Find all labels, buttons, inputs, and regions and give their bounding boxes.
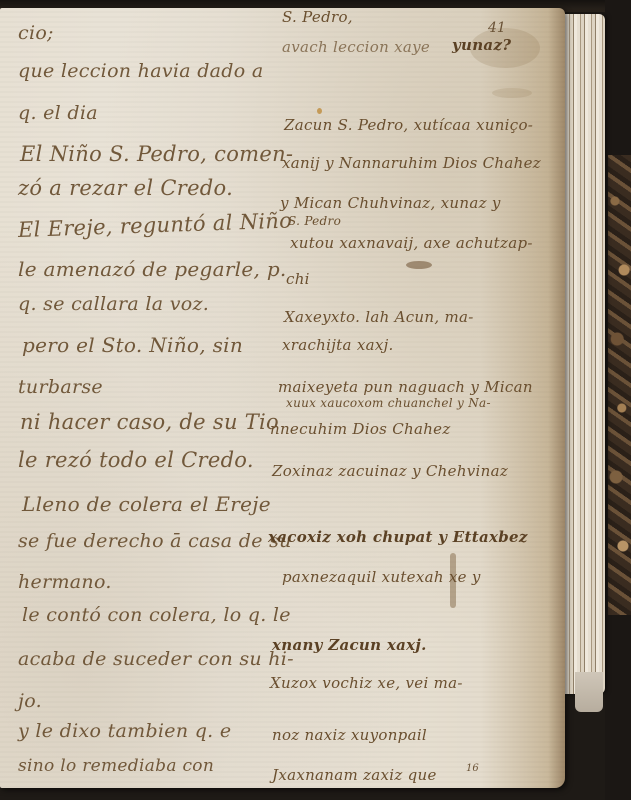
manuscript-line: S. Pedro <box>288 214 341 228</box>
marbled-cover-board <box>608 155 631 615</box>
manuscript-line: Zacun S. Pedro, xutícaa xuniço- <box>284 116 533 134</box>
manuscript-page: 41 16 cio; que leccion havia dado a q. e… <box>0 8 565 788</box>
manuscript-line: xnany Zacun xaxj. <box>272 636 427 654</box>
manuscript-line: le amenazó de pegarle, p. <box>18 257 287 281</box>
manuscript-line: q. se callara la voz. <box>18 293 209 315</box>
folio-number: 41 <box>488 20 506 36</box>
paper-stain <box>406 261 432 269</box>
manuscript-line: cio; <box>18 22 54 44</box>
paper-stain <box>492 88 532 98</box>
manuscript-line: Lleno de colera el Ereje <box>22 492 271 516</box>
manuscript-line: q. el dia <box>18 102 98 124</box>
bottom-mark: 16 <box>466 763 479 774</box>
manuscript-line: xrachijta xaxj. <box>282 336 394 354</box>
manuscript-line: noz naxiz xuyonpail <box>272 726 427 744</box>
wax-spot <box>317 108 322 114</box>
manuscript-line: acaba de suceder con su hi- <box>18 648 294 670</box>
manuscript-line: y le dixo tambien q. e <box>18 720 231 742</box>
manuscript-line: ni hacer caso, de su Tio <box>20 410 279 434</box>
manuscript-line: turbarse <box>18 376 103 398</box>
manuscript-line: nnecuhim Dios Chahez <box>270 420 451 438</box>
manuscript-line: paxnezaquil xutexah xe y <box>282 568 481 586</box>
manuscript-line: xacoxiz xoh chupat y Ettaxbez <box>268 528 528 546</box>
manuscript-line: xutou xaxnavaij, axe achutzap- <box>290 234 533 252</box>
manuscript-line: Xaxeyxto. lah Acun, ma- <box>284 308 474 326</box>
manuscript-line: Zoxinaz zacuinaz y Chehvinaz <box>272 462 508 480</box>
manuscript-line: S. Pedro, <box>282 8 353 26</box>
manuscript-line: Xuzox vochiz xe, vei ma- <box>270 674 463 692</box>
manuscript-line: hermano. <box>18 571 112 593</box>
manuscript-line: que leccion havia dado a <box>18 60 263 82</box>
manuscript-line: y Mican Chuhvinaz, xunaz y <box>280 194 501 212</box>
manuscript-line: xuux xaucoxom chuanchel y Na- <box>286 396 491 410</box>
manuscript-line: maixeyeta pun naguach y Mican <box>278 378 533 396</box>
manuscript-line: avach leccion xaye <box>282 38 430 56</box>
manuscript-line: chi <box>286 270 310 288</box>
manuscript-line: le rezó todo el Credo. <box>18 448 254 472</box>
manuscript-line: El Ereje, reguntó al Niño <box>18 208 293 242</box>
manuscript-line: jo. <box>18 690 42 712</box>
manuscript-line: El Niño S. Pedro, comen- <box>20 142 293 166</box>
manuscript-line: pero el Sto. Niño, sin <box>22 333 243 357</box>
manuscript-line: se fue derecho ā casa de su <box>18 530 292 552</box>
manuscript-line: sino lo remediaba con <box>18 756 214 776</box>
manuscript-line: Jxaxnanam zaxiz que <box>272 766 437 784</box>
manuscript-line: le contó con colera, lo q. le <box>22 604 291 626</box>
manuscript-line: yunaz? <box>452 36 511 54</box>
manuscript-line: xanij y Nannaruhim Dios Chahez <box>282 154 541 172</box>
manuscript-line: zó a rezar el Credo. <box>18 176 233 200</box>
